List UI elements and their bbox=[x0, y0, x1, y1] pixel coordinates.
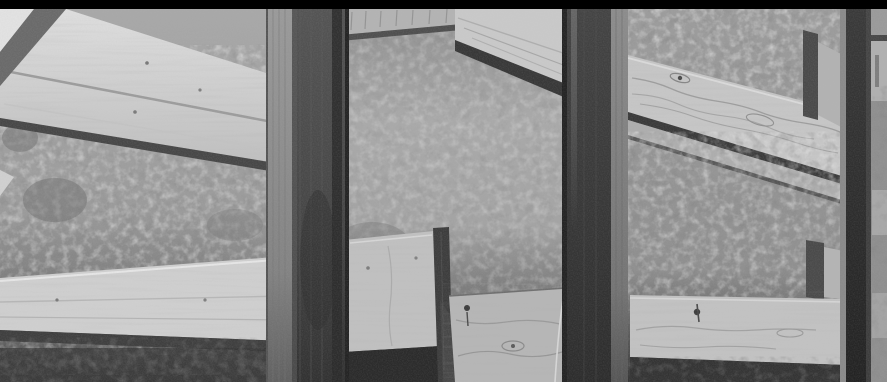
film-grain-overlay bbox=[0, 9, 887, 382]
retaining-wall-photo bbox=[0, 0, 887, 382]
photo-frame bbox=[0, 0, 887, 382]
top-film-edge-bar bbox=[0, 0, 887, 9]
